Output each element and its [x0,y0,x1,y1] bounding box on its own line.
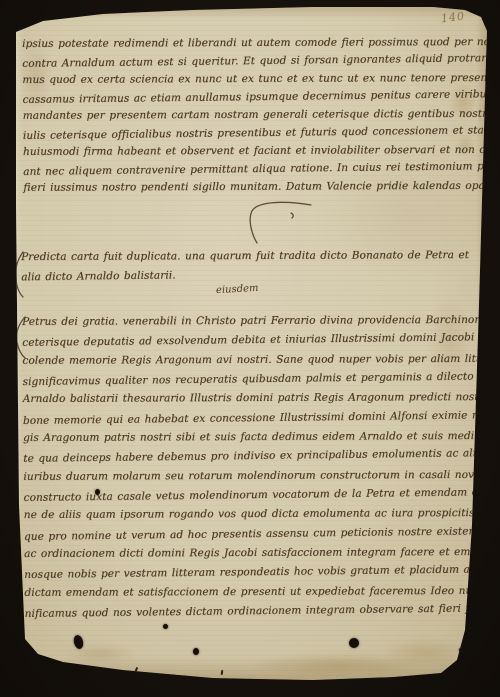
manuscript-line: iuribus duarum molarum seu rotarum molen… [23,468,500,484]
manuscript-line: mandantes per presentem cartam nostram g… [23,106,500,122]
manuscript-line: cassamus irritamus ac etiam anullamus ip… [22,86,500,106]
manuscript-line: significavimus qualiter nos recuperatis … [22,368,500,389]
manuscript-line: ac ordinacionem dicti domini Regis Jacob… [24,545,500,561]
wormhole [466,649,471,653]
photo-background: 140 ipsius potestate redimendi et libera… [0,0,500,697]
wormhole [193,648,199,655]
manuscript-line: ipsius potestate redimendi et liberandi … [22,35,496,51]
manuscript-line: ceterisque deputatis ad exsolvendum debi… [22,330,494,350]
ink-mark [134,667,138,674]
manuscript-line: alia dicto Arnaldo balistarii. [21,268,176,284]
stain [65,645,135,663]
manuscript-line: ne de aliis quam ipsorum rogando vos quo… [24,506,475,522]
wormhole [163,624,168,629]
manuscript-line: fieri iussimus nostro pendenti sigillo m… [23,178,500,194]
wormhole [95,489,100,495]
manuscript-line: iulis ceterisque officialibus nostris pr… [23,122,500,143]
manuscript-line: ant nec aliquem contravenire permittant … [23,159,500,179]
book-gutter-page-edges [1,42,11,634]
manuscript-line: nificamus quod nos volentes dictam ordin… [25,600,500,621]
manuscript-line: mus quod ex certa sciencia ex nunc ut ex… [22,71,500,87]
folio-number: 140 [440,10,465,26]
stain [253,653,423,677]
manuscript-line: contra Arnaldum actum est si queritur. E… [22,51,500,71]
manuscript-line: que pro nomine ut verum ad hoc presentis… [24,524,500,544]
manuscript-line: colende memorie Regis Aragonum avi nostr… [22,351,500,367]
manuscript-line: dictam emendam et satisfaccionem de pres… [24,584,500,600]
paraph-mark [250,202,311,243]
text-block-royal-mandate: ipsius potestate redimendi et liberandi … [22,34,485,203]
manuscript-line: nosque nobis per vestram litteram respon… [24,561,500,582]
manuscript-line: huiusmodi firma habeant et observent et … [23,143,500,159]
manuscript-line: Petrus dei gratia. venerabili in Christo… [22,313,500,329]
stain [385,639,465,667]
manuscript-line: Predicta carta fuit duplicata. una quaru… [21,248,469,264]
manuscript-line: bone memorie qui ea habebat ex concessio… [23,407,500,428]
manuscript-line: constructo iuxta casale vetus molendinor… [24,485,500,505]
center-annotation: eiusdem [216,283,259,296]
manuscript-line: gis Aragonum patris nostri sibi et suis … [23,429,495,445]
manuscript-page: 140 ipsius potestate redimendi et libera… [13,5,490,685]
paraph-tick [291,213,293,218]
wormhole [349,638,359,648]
manuscript-line: te qua deinceps habere debemus pro indiv… [23,446,485,466]
manuscript-line: Arnaldo balistarii thesaurario Illustris… [23,390,487,406]
text-block-letter: Petrus dei gratia. venerabili in Christo… [22,312,487,616]
ink-mark [221,670,224,675]
wormhole [72,634,84,650]
wormhole [459,648,463,652]
